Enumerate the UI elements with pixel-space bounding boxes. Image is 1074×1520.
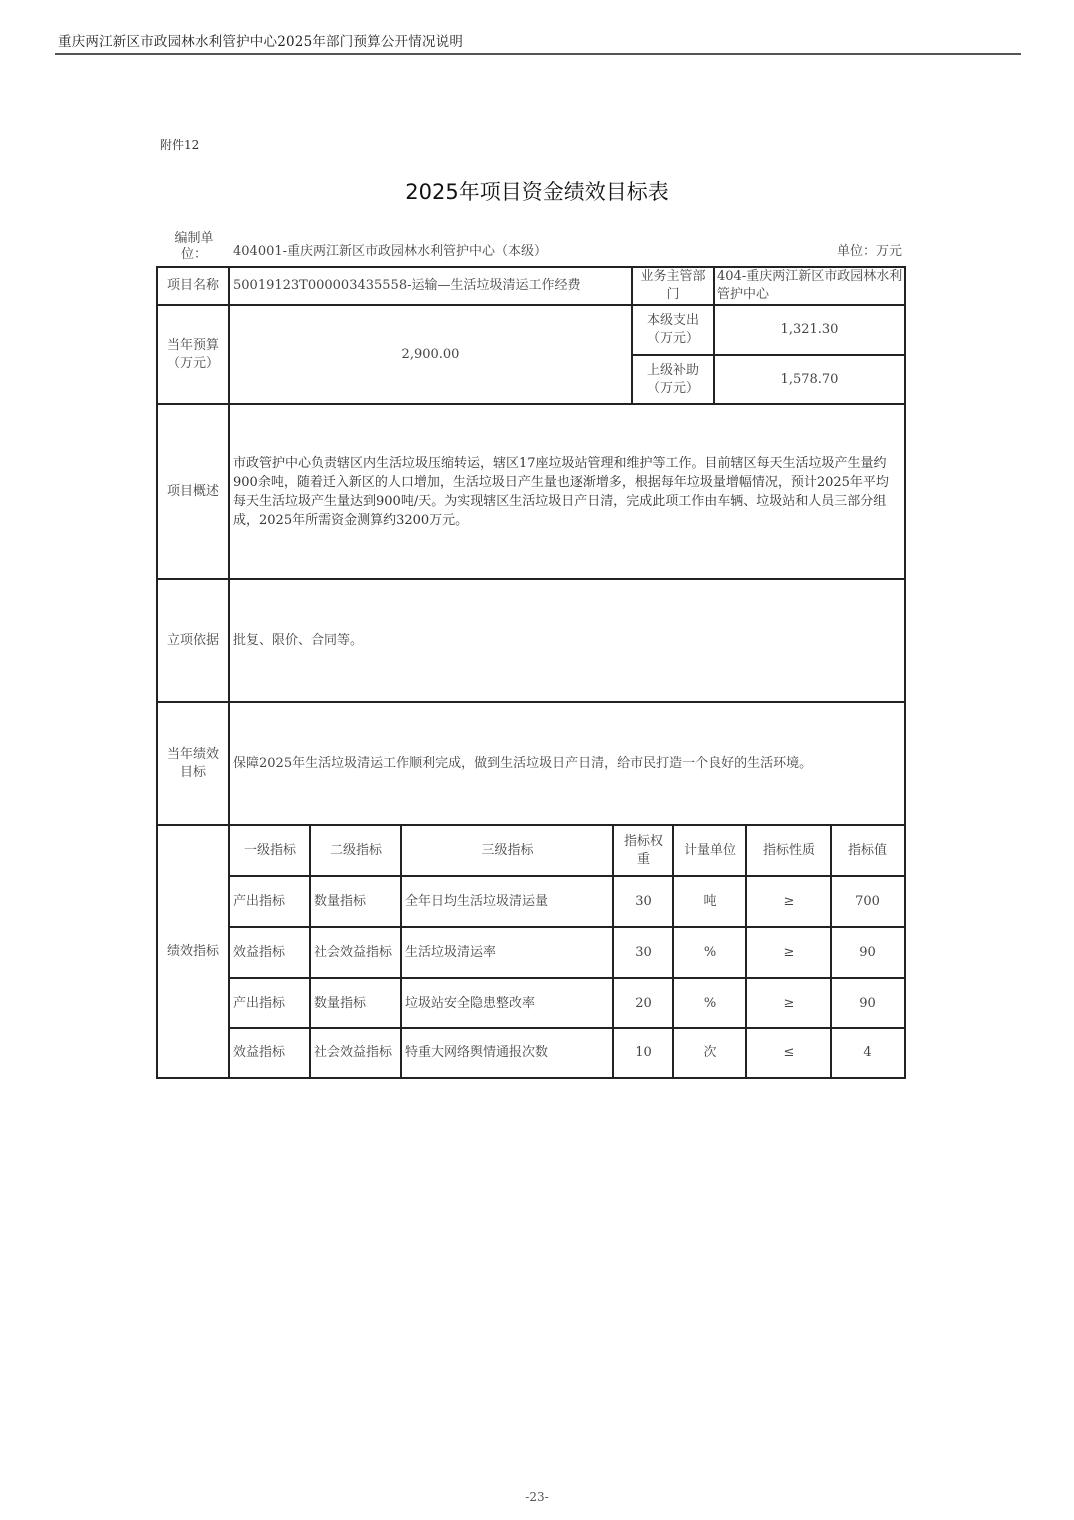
indicator-header-value: 指标值 — [832, 826, 903, 876]
indicator-cell-level3: 特重大网络舆情通报次数 — [402, 1029, 613, 1076]
overview-label: 项目概述 — [158, 405, 228, 578]
header-rule — [55, 53, 1021, 55]
indicator-cell-level1: 产出指标 — [230, 877, 310, 927]
indicator-cell-level2: 社会效益指标 — [311, 928, 401, 978]
own-expense-label: 本级支出（万元） — [633, 306, 713, 354]
indicator-cell-weight: 30 — [614, 928, 673, 978]
indicator-header-weight: 指标权重 — [614, 826, 673, 876]
basis-text: 批复、限价、合同等。 — [230, 580, 904, 701]
indicator-cell-level2: 社会效益指标 — [311, 1029, 401, 1076]
indicator-header-level3: 三级指标 — [402, 826, 613, 876]
indicator-cell-value: 90 — [832, 928, 903, 978]
indicator-header-level1: 一级指标 — [230, 826, 310, 876]
indicator-cell-unit: % — [674, 979, 746, 1028]
attachment-label: 附件12 — [160, 136, 199, 153]
table-border — [904, 266, 906, 1079]
document-title: 2025年项目资金绩效目标表 — [0, 176, 1074, 206]
indicator-cell-level2: 数量指标 — [311, 979, 401, 1028]
goal-label: 当年绩效目标 — [158, 703, 228, 824]
indicator-cell-level3: 生活垃圾清运率 — [402, 928, 613, 978]
indicator-cell-nature: ≥ — [747, 979, 831, 1028]
indicator-header-nature: 指标性质 — [747, 826, 831, 876]
indicator-cell-weight: 10 — [614, 1029, 673, 1076]
basis-label: 立项依据 — [158, 580, 228, 701]
indicator-header-level2: 二级指标 — [311, 826, 401, 876]
indicators-section-label: 绩效指标 — [158, 826, 228, 1077]
indicator-cell-weight: 20 — [614, 979, 673, 1028]
indicator-cell-value: 700 — [832, 877, 903, 927]
project-name-value: 50019123T000003435558-运输—生活垃圾清运工作经费 — [230, 268, 631, 304]
indicator-cell-level1: 效益指标 — [230, 928, 310, 978]
subsidy-value: 1,578.70 — [715, 356, 904, 403]
dept-value: 404-重庆两江新区市政园林水利管护中心 — [715, 268, 904, 304]
indicator-cell-level3: 垃圾站安全隐患整改率 — [402, 979, 613, 1028]
indicator-cell-unit: 次 — [674, 1029, 746, 1076]
indicator-cell-level1: 效益指标 — [230, 1029, 310, 1076]
indicator-cell-value: 90 — [832, 979, 903, 1028]
dept-label: 业务主管部门 — [633, 268, 713, 304]
indicator-cell-nature: ≥ — [747, 928, 831, 978]
own-expense-value: 1,321.30 — [715, 306, 904, 354]
indicator-cell-level3: 全年日均生活垃圾清运量 — [402, 877, 613, 927]
compiling-unit-value: 404001-重庆两江新区市政园林水利管护中心（本级） — [233, 240, 547, 259]
budget-value: 2,900.00 — [230, 306, 631, 403]
page-number: -23- — [0, 1490, 1074, 1504]
project-name-label: 项目名称 — [158, 268, 228, 304]
subsidy-label: 上级补助（万元） — [633, 356, 713, 403]
indicator-cell-unit: 吨 — [674, 877, 746, 927]
page-header: 重庆两江新区市政园林水利管护中心2025年部门预算公开情况说明 — [58, 30, 463, 50]
compiling-unit-label: 编制单位： — [165, 231, 223, 263]
indicator-cell-level1: 产出指标 — [230, 979, 310, 1028]
indicator-header-unit: 计量单位 — [674, 826, 746, 876]
indicator-cell-nature: ≤ — [747, 1029, 831, 1076]
overview-text: 市政管护中心负责辖区内生活垃圾压缩转运，辖区17座垃圾站管理和维护等工作。目前辖… — [230, 405, 904, 578]
table-border — [156, 1077, 906, 1079]
indicator-cell-weight: 30 — [614, 877, 673, 927]
indicator-cell-unit: % — [674, 928, 746, 978]
indicator-cell-nature: ≥ — [747, 877, 831, 927]
indicator-cell-level2: 数量指标 — [311, 877, 401, 927]
goal-text: 保障2025年生活垃圾清运工作顺利完成，做到生活垃圾日产日清，给市民打造一个良好… — [230, 703, 904, 824]
budget-label: 当年预算（万元） — [158, 306, 228, 403]
unit-note: 单位：万元 — [837, 240, 902, 259]
indicator-cell-value: 4 — [832, 1029, 903, 1076]
